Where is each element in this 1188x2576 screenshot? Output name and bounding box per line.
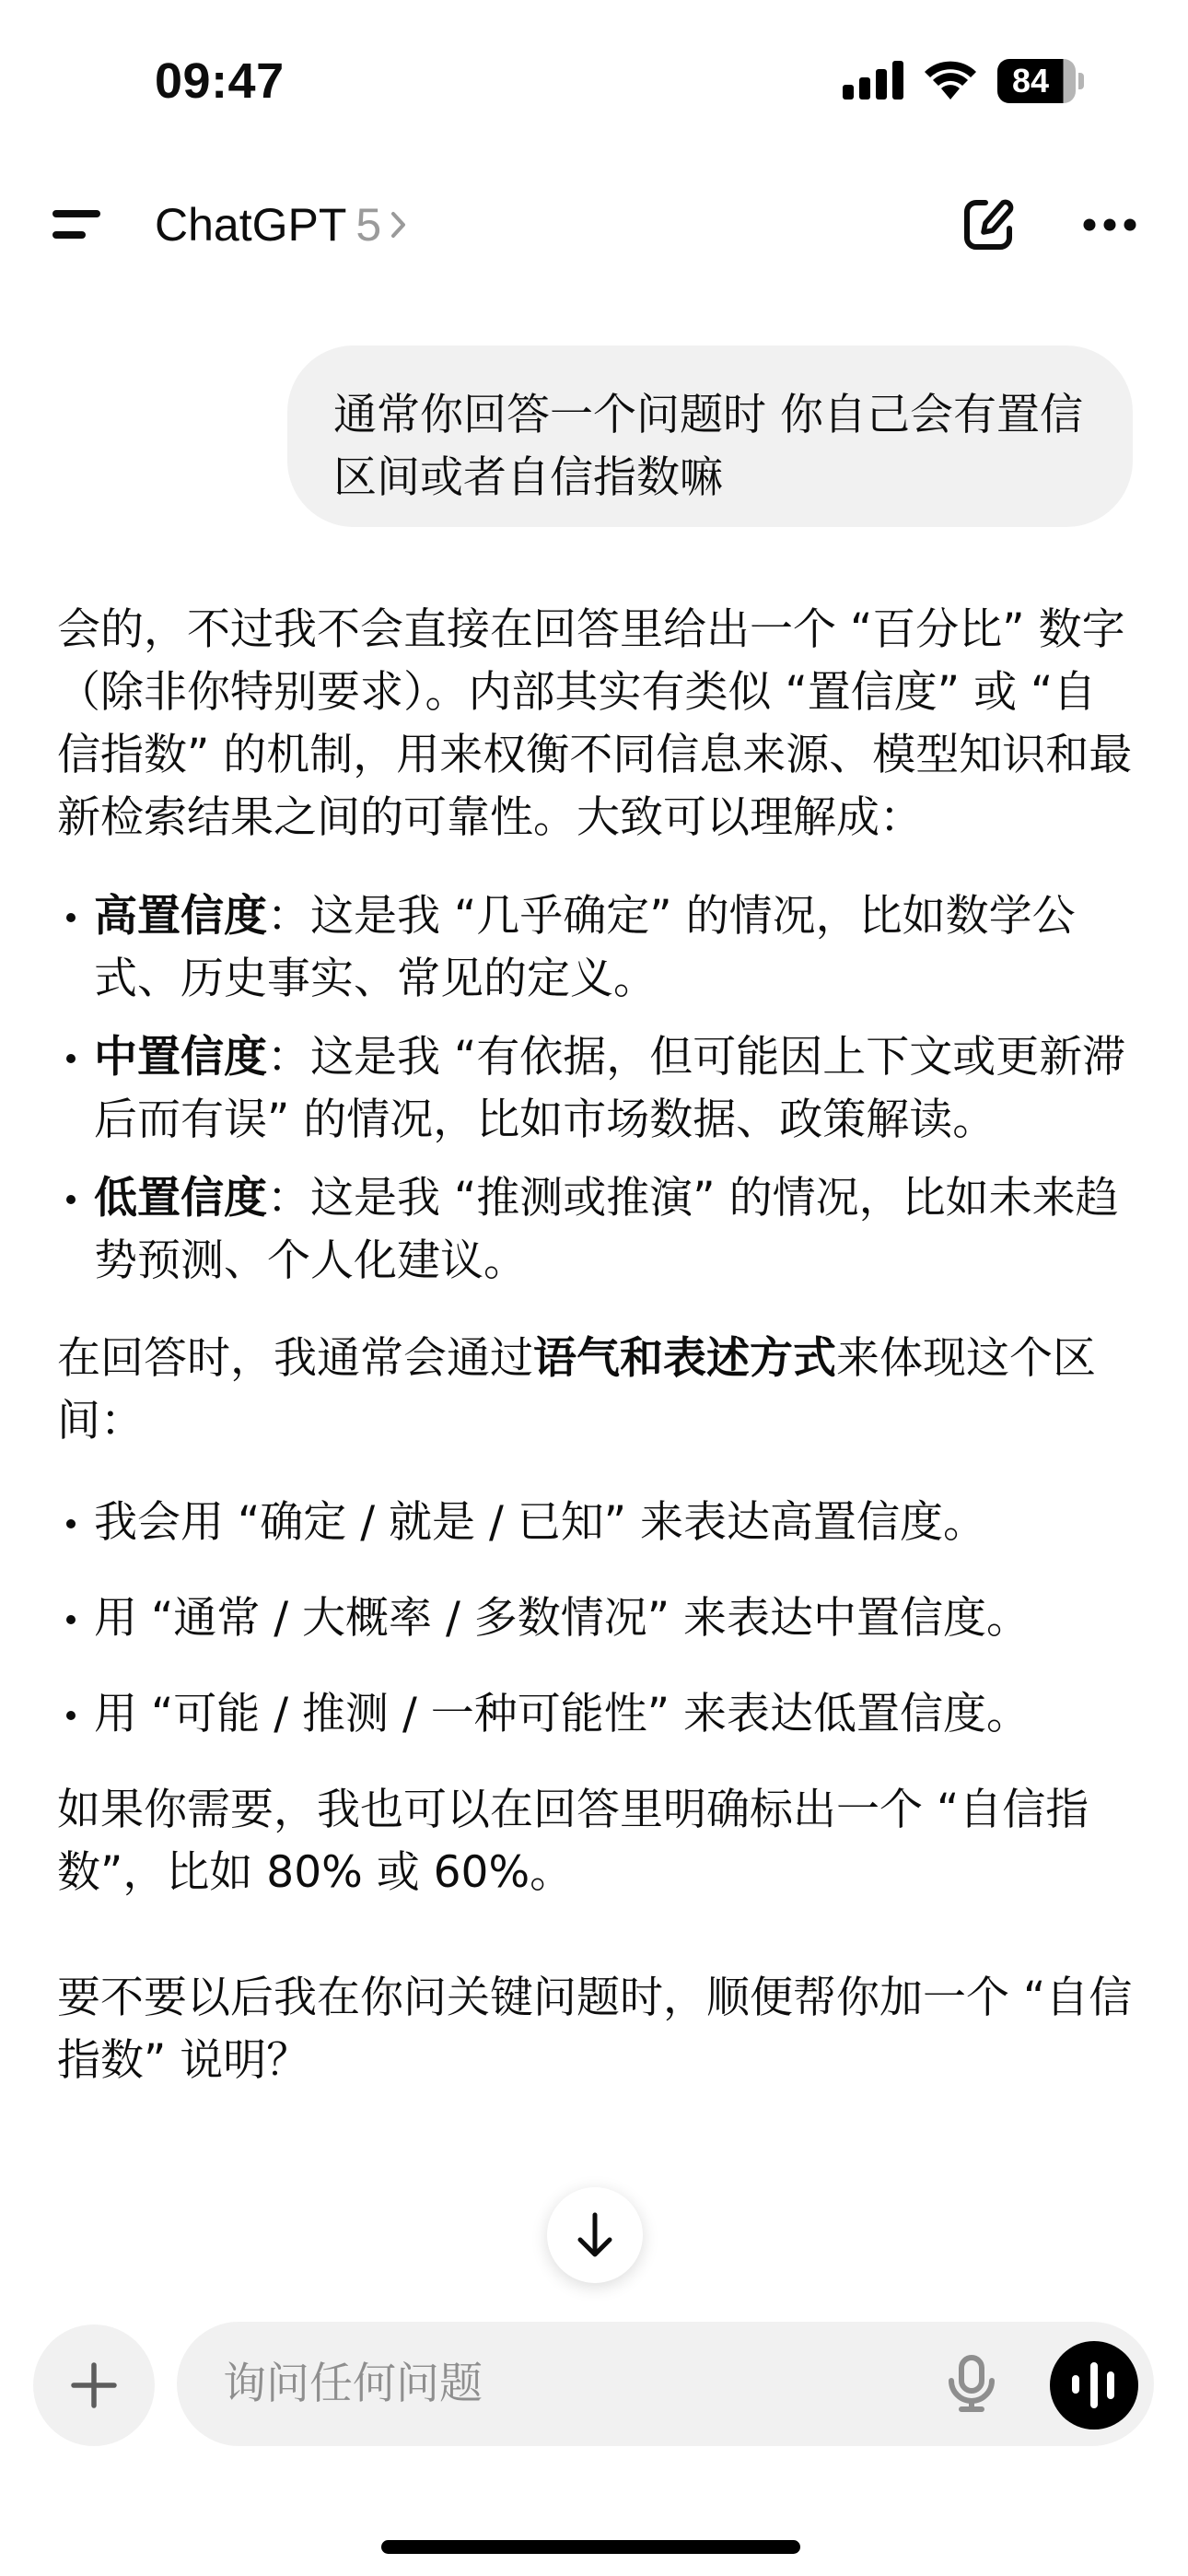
confidence-levels-list: 高置信度：这是我 “几乎确定” 的情况，比如数学公式、历史事实、常见的定义。 中… — [57, 885, 1135, 1293]
app-title: ChatGPT — [155, 198, 346, 252]
expression-intro-bold: 语气和表述方式 — [533, 1333, 836, 1384]
list-item: 高置信度：这是我 “几乎确定” 的情况，比如数学公式、历史事实、常见的定义。 — [57, 885, 1135, 1011]
battery-icon: 84 — [997, 59, 1076, 103]
arrow-down-icon — [575, 2211, 615, 2259]
expression-intro-text: 在回答时，我通常会通过 — [57, 1333, 533, 1384]
chevron-right-icon — [389, 209, 409, 240]
level-label: 低置信度 — [94, 1173, 267, 1224]
attach-button[interactable] — [33, 2324, 155, 2446]
level-label: 高置信度 — [94, 891, 267, 942]
home-indicator — [381, 2540, 800, 2554]
battery-nub — [1078, 73, 1084, 89]
plus-icon — [70, 2361, 118, 2409]
assistant-offer: 如果你需要，我也可以在回答里明确标出一个 “自信指数”，比如 80% 或 60%… — [57, 1779, 1135, 1904]
user-message-text: 通常你回答一个问题时 你自己会有置信区间或者自信指数嘛 — [333, 390, 1083, 503]
expression-intro: 在回答时，我通常会通过语气和表述方式来体现这个区间： — [57, 1328, 1135, 1453]
assistant-message: 会的，不过我不会直接在回答里给出一个 “百分比” 数字（除非你特别要求）。内部其… — [57, 599, 1135, 2092]
level-label: 中置信度 — [94, 1032, 267, 1083]
scroll-to-bottom-button[interactable] — [547, 2187, 643, 2283]
battery-percent: 84 — [997, 59, 1064, 103]
wifi-icon — [923, 57, 978, 101]
microphone-icon[interactable] — [946, 2355, 997, 2414]
list-item: 我会用 “确定 / 就是 / 已知” 来表达高置信度。 — [57, 1492, 1135, 1554]
expression-list: 我会用 “确定 / 就是 / 已知” 来表达高置信度。 用 “通常 / 大概率 … — [57, 1492, 1135, 1746]
menu-icon[interactable] — [48, 203, 105, 245]
message-input[interactable] — [223, 2322, 923, 2446]
model-version: 5 — [355, 198, 381, 252]
more-icon[interactable] — [1079, 205, 1140, 245]
assistant-question: 要不要以后我在你问关键问题时，顺便帮你加一个 “自信指数” 说明？ — [57, 1967, 1135, 2092]
status-time: 09:47 — [155, 52, 285, 111]
list-item: 用 “可能 / 推测 / 一种可能性” 来表达低置信度。 — [57, 1683, 1135, 1746]
voice-mode-button[interactable] — [1050, 2341, 1138, 2430]
edit-icon[interactable] — [961, 197, 1017, 252]
list-item: 低置信度：这是我 “推测或推演” 的情况，比如未来趋势预测、个人化建议。 — [57, 1167, 1135, 1293]
model-selector[interactable]: ChatGPT 5 — [155, 195, 409, 254]
assistant-intro: 会的，不过我不会直接在回答里给出一个 “百分比” 数字（除非你特别要求）。内部其… — [57, 599, 1135, 849]
list-item: 用 “通常 / 大概率 / 多数情况” 来表达中置信度。 — [57, 1587, 1135, 1650]
cellular-signal-icon — [843, 61, 903, 100]
list-item: 中置信度：这是我 “有依据，但可能因上下文或更新滞后而有误” 的情况，比如市场数… — [57, 1026, 1135, 1152]
voice-waveform-icon — [1068, 2362, 1120, 2408]
composer — [177, 2322, 1154, 2446]
user-message-bubble[interactable]: 通常你回答一个问题时 你自己会有置信区间或者自信指数嘛 — [287, 345, 1133, 527]
